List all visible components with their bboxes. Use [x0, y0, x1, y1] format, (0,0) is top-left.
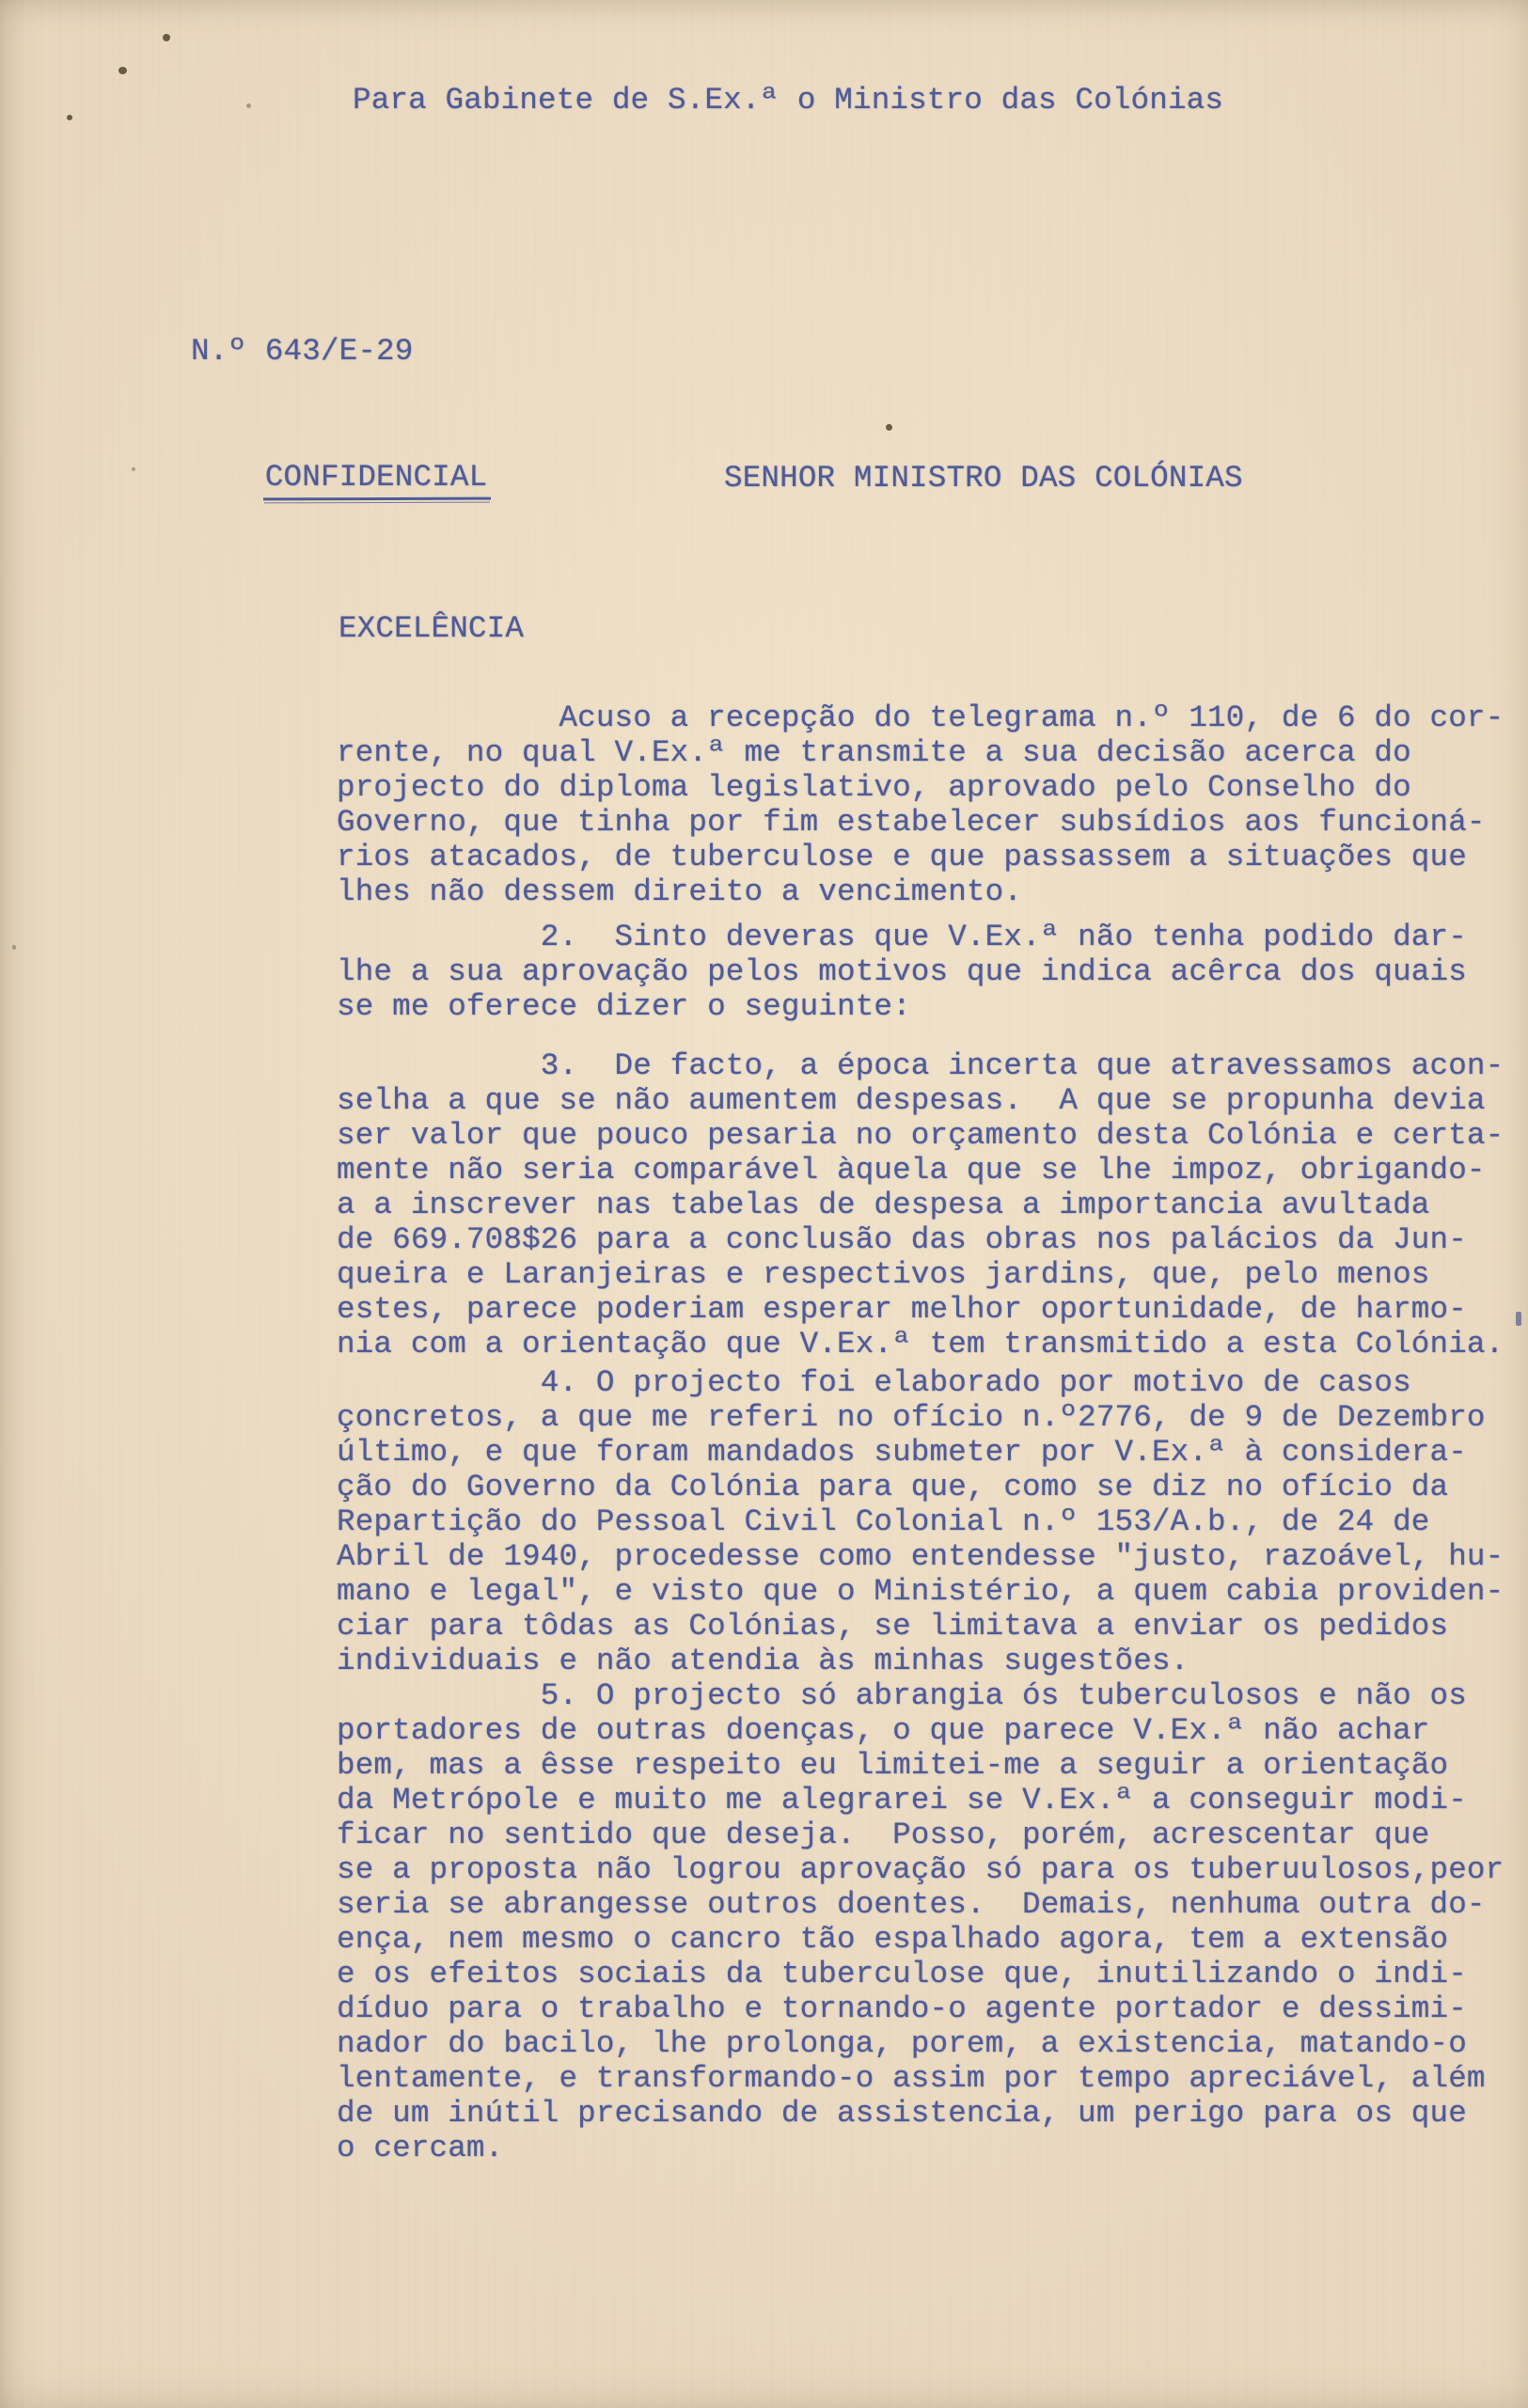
text-line: 5. O projecto só abrangia ós tuberculoso… — [337, 1678, 1504, 1713]
text-line: bem, mas a êsse respeito eu limitei-me a… — [337, 1748, 1504, 1783]
text-line: estes, parece poderiam esperar melhor op… — [337, 1292, 1504, 1327]
salutation-line: EXCELÊNCIA — [339, 611, 524, 646]
paper-speck — [246, 103, 251, 108]
text-line: seria se abrangesse outros doentes. Dema… — [337, 1887, 1504, 1922]
text-line: ciar para tôdas as Colónias, se limitava… — [337, 1609, 1504, 1644]
text-line: ção do Governo da Colónia para que, como… — [337, 1470, 1504, 1504]
text-line: 3. De facto, a época incerta que atraves… — [337, 1048, 1504, 1083]
text-line: mente não seria comparável àquela que se… — [337, 1153, 1504, 1188]
text-line: nia com a orientação que V.Ex.ª tem tran… — [337, 1327, 1504, 1361]
paper-speck — [132, 467, 135, 471]
text-line: Governo, que tinha por fim estabelecer s… — [337, 805, 1504, 840]
text-line: 2. Sinto deveras que V.Ex.ª não tenha po… — [337, 920, 1467, 954]
text-line: ficar no sentido que deseja. Posso, poré… — [337, 1818, 1504, 1852]
text-line: projecto do diploma legislativo, aprovad… — [337, 770, 1504, 805]
paper-speck — [886, 424, 892, 431]
text-line: lhes não dessem direito a vencimento. — [337, 874, 1504, 909]
paper-speck — [67, 115, 72, 120]
paper-speck — [163, 34, 170, 41]
paragraph-5: 5. O projecto só abrangia ós tuberculoso… — [337, 1678, 1504, 2165]
text-line: de 669.708$26 para a conclusão das obras… — [337, 1222, 1504, 1257]
paragraph-1: Acuso a recepção do telegrama n.º 110, d… — [337, 700, 1504, 909]
addressee-line: SENHOR MINISTRO DAS COLÓNIAS — [724, 461, 1243, 496]
paper-speck — [12, 945, 16, 950]
text-line: se a proposta não logrou aprovação só pa… — [337, 1852, 1504, 1887]
text-line: 4. O projecto foi elaborado por motivo d… — [337, 1365, 1504, 1400]
text-line: portadores de outras doenças, o que pare… — [337, 1713, 1504, 1748]
text-line: rente, no qual V.Ex.ª me transmite a sua… — [337, 735, 1504, 770]
text-line: ser valor que pouco pesaria no orçamento… — [337, 1118, 1504, 1153]
text-line: çoncretos, a que me referi no ofício n.º… — [337, 1400, 1504, 1435]
text-line: nador do bacilo, lhe prolonga, porem, a … — [337, 2026, 1504, 2061]
text-line: da Metrópole e muito me alegrarei se V.E… — [337, 1783, 1504, 1818]
paragraph-3: 3. De facto, a época incerta que atraves… — [337, 1048, 1504, 1361]
paragraph-4: 4. O projecto foi elaborado por motivo d… — [337, 1365, 1504, 1678]
text-line: a a inscrever nas tabelas de despesa a i… — [337, 1188, 1504, 1222]
confidential-stamp: CONFIDENCIAL — [191, 425, 487, 529]
text-line: rios atacados, de tuberculose e que pass… — [337, 840, 1504, 874]
text-line: selha a que se não aumentem despesas. A … — [337, 1083, 1504, 1118]
routing-line: Para Gabinete de S.Ex.ª o Ministro das C… — [353, 83, 1223, 118]
text-line: último, e que foram mandados submeter po… — [337, 1435, 1504, 1470]
text-line: Abril de 1940, procedesse como entendess… — [337, 1539, 1504, 1574]
text-line: Repartição do Pessoal Civil Colonial n.º… — [337, 1504, 1504, 1539]
text-line: díduo para o trabalho e tornando-o agent… — [337, 1991, 1504, 2026]
text-line: queira e Laranjeiras e respectivos jardi… — [337, 1257, 1504, 1292]
edge-mark — [1516, 1312, 1521, 1326]
text-line: se me oferece dizer o seguinte: — [337, 989, 1467, 1024]
document-page: Para Gabinete de S.Ex.ª o Ministro das C… — [0, 0, 1528, 2408]
confidential-label: CONFIDENCIAL — [265, 460, 487, 495]
text-line: e os efeitos sociais da tuberculose que,… — [337, 1957, 1504, 1991]
text-line: mano e legal", e visto que o Ministério,… — [337, 1574, 1504, 1609]
text-line: de um inútil precisando de assistencia, … — [337, 2096, 1504, 2131]
paragraph-2: 2. Sinto deveras que V.Ex.ª não tenha po… — [337, 920, 1467, 1024]
text-line: ença, nem mesmo o cancro tão espalhado a… — [337, 1922, 1504, 1957]
text-line: individuais e não atendia às minhas suge… — [337, 1644, 1504, 1678]
paper-speck — [118, 67, 127, 74]
text-line: Acuso a recepção do telegrama n.º 110, d… — [337, 700, 1504, 735]
text-line: lentamente, e transformando-o assim por … — [337, 2061, 1504, 2096]
text-line: lhe a sua aprovação pelos motivos que in… — [337, 954, 1467, 989]
reference-number: N.º 643/E-29 — [191, 334, 413, 369]
text-line: o cercam. — [337, 2131, 1504, 2165]
